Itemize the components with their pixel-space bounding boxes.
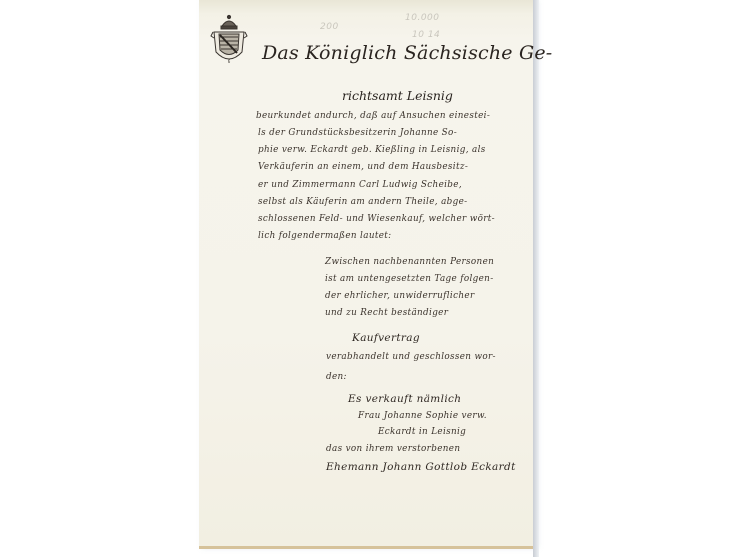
pencil-note-2: 10.000 bbox=[405, 13, 440, 23]
book-spine-shadow bbox=[533, 0, 539, 557]
document-subheading: richtsamt Leisnig bbox=[342, 88, 453, 103]
body-line: ls der Grundstücksbesitzerin Johanne So- bbox=[258, 128, 457, 138]
body-line: selbst als Käuferin am andern Theile, ab… bbox=[258, 197, 468, 207]
contract-title: Kaufvertrag bbox=[352, 332, 420, 344]
party-line: Eckardt in Leisnig bbox=[378, 427, 466, 437]
page-bottom-edge bbox=[199, 546, 533, 549]
pencil-note-3: 10 14 bbox=[412, 30, 440, 40]
contract-line: den: bbox=[326, 372, 347, 382]
indented-line: Zwischen nachbenannten Personen bbox=[325, 257, 494, 267]
party-line: das von ihrem verstorbenen bbox=[326, 444, 460, 454]
body-line: lich folgendermaßen lautet: bbox=[258, 231, 391, 241]
party-line: Frau Johanne Sophie verw. bbox=[358, 411, 487, 421]
royal-saxon-seal-icon: 6 bbox=[210, 12, 248, 70]
body-line: er und Zimmermann Carl Ludwig Scheibe, bbox=[258, 180, 462, 190]
body-line: Verkäuferin an einem, und dem Hausbesitz… bbox=[258, 162, 468, 172]
contract-line: verabhandelt und geschlossen wor- bbox=[326, 352, 496, 362]
body-line: schlossenen Feld- und Wiesenkauf, welche… bbox=[258, 214, 495, 224]
pencil-note-1: 200 bbox=[320, 22, 339, 32]
party-line: Es verkauft nämlich bbox=[348, 393, 461, 405]
indented-line: ist am untengesetzten Tage folgen- bbox=[325, 274, 494, 284]
body-line: phie verw. Eckardt geb. Kießling in Leis… bbox=[258, 145, 486, 155]
document-heading: Das Königlich Sächsische Ge- bbox=[262, 42, 552, 64]
body-line: beurkundet andurch, daß auf Ansuchen ein… bbox=[256, 111, 490, 121]
indented-line: und zu Recht beständiger bbox=[325, 308, 448, 318]
party-line: Ehemann Johann Gottlob Eckardt bbox=[326, 461, 516, 473]
indented-line: der ehrlicher, unwiderruflicher bbox=[325, 291, 475, 301]
svg-text:6: 6 bbox=[228, 59, 231, 64]
